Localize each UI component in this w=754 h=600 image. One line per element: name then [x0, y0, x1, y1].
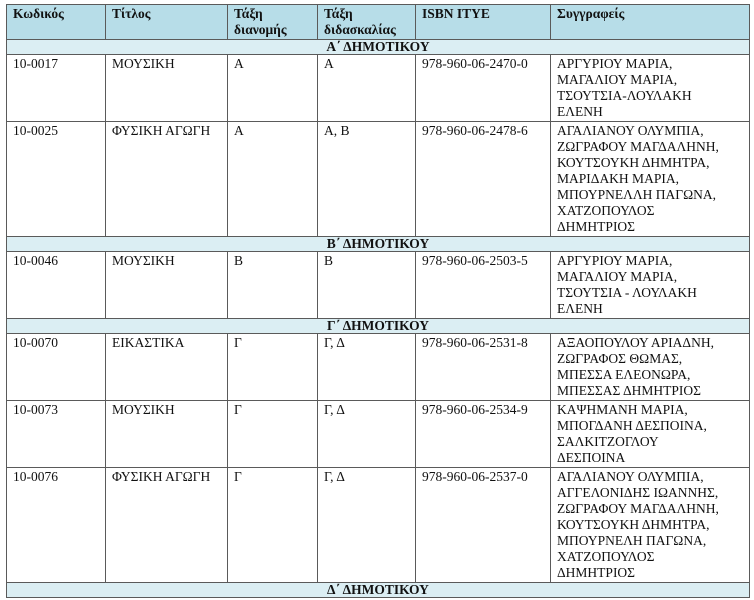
cell-dist-class: Α — [228, 55, 318, 122]
cell-teach-class: Γ, Δ — [318, 468, 416, 583]
author-name: ΜΑΡΙΔΑΚΗ ΜΑΡΙΑ, — [557, 171, 742, 187]
cell-title: ΕΙΚΑΣΤΙΚΑ — [106, 334, 228, 401]
textbooks-table: Κωδικός Τίτλος Τάξη διανομής Τάξη διδασκ… — [6, 4, 750, 598]
author-name: ΖΩΓΡΑΦΟΥ ΜΑΓΔΑΛΗΝΗ, — [557, 501, 742, 517]
cell-authors: ΑΡΓΥΡΙΟΥ ΜΑΡΙΑ,ΜΑΓΑΛΙΟΥ ΜΑΡΙΑ,ΤΣΟΥΤΣΙΑ-Λ… — [551, 55, 750, 122]
section-row: Β΄ ΔΗΜΟΤΙΚΟΥ — [7, 237, 750, 252]
author-name: ΤΣΟΥΤΣΙΑ - ΛΟΥΛΑΚΗ — [557, 285, 742, 301]
cell-title: ΜΟΥΣΙΚΗ — [106, 55, 228, 122]
author-name: ΖΩΓΡΑΦΟΥ ΜΑΓΔΑΛΗΝΗ, — [557, 139, 742, 155]
author-name: ΜΑΓΑΛΙΟΥ ΜΑΡΙΑ, — [557, 269, 742, 285]
cell-title: ΦΥΣΙΚΗ ΑΓΩΓΗ — [106, 468, 228, 583]
header-code: Κωδικός — [7, 5, 106, 40]
author-name: ΚΑΨΗΜΑΝΗ ΜΑΡΙΑ, — [557, 402, 742, 418]
cell-authors: ΚΑΨΗΜΑΝΗ ΜΑΡΙΑ,ΜΠΟΓΔΑΝΗ ΔΕΣΠΟΙΝΑ,ΣΑΛΚΙΤΖ… — [551, 401, 750, 468]
cell-code: 10-0046 — [7, 252, 106, 319]
cell-code: 10-0073 — [7, 401, 106, 468]
author-name: ΧΑΤΖΟΠΟΥΛΟΣ — [557, 203, 742, 219]
author-name: ΔΕΣΠΟΙΝΑ — [557, 450, 742, 466]
author-name: ΑΓΓΕΛΟΝΙΔΗΣ ΙΩΑΝΝΗΣ, — [557, 485, 742, 501]
section-row: Α΄ ΔΗΜΟΤΙΚΟΥ — [7, 40, 750, 55]
cell-title: ΜΟΥΣΙΚΗ — [106, 252, 228, 319]
table-row: 10-0076ΦΥΣΙΚΗ ΑΓΩΓΗΓΓ, Δ978-960-06-2537-… — [7, 468, 750, 583]
cell-dist-class: Γ — [228, 401, 318, 468]
cell-authors: ΑΓΑΛΙΑΝΟΥ ΟΛΥΜΠΙΑ,ΑΓΓΕΛΟΝΙΔΗΣ ΙΩΑΝΝΗΣ,ΖΩ… — [551, 468, 750, 583]
author-name: ΕΛΕΝΗ — [557, 301, 742, 317]
cell-dist-class: Α — [228, 122, 318, 237]
cell-authors: ΑΞΑΟΠΟΥΛΟΥ ΑΡΙΑΔΝΗ,ΖΩΓΡΑΦΟΣ ΘΩΜΑΣ,ΜΠΕΣΣΑ… — [551, 334, 750, 401]
cell-title: ΜΟΥΣΙΚΗ — [106, 401, 228, 468]
table-row: 10-0046ΜΟΥΣΙΚΗΒΒ978-960-06-2503-5ΑΡΓΥΡΙΟ… — [7, 252, 750, 319]
cell-teach-class: Α — [318, 55, 416, 122]
author-name: ΣΑΛΚΙΤΖΟΓΛΟΥ — [557, 434, 742, 450]
author-name: ΜΠΕΣΣΑ ΕΛΕΟΝΩΡΑ, — [557, 367, 742, 383]
header-dist-class: Τάξη διανομής — [228, 5, 318, 40]
author-name: ΑΓΑΛΙΑΝΟΥ ΟΛΥΜΠΙΑ, — [557, 123, 742, 139]
cell-isbn: 978-960-06-2537-0 — [416, 468, 551, 583]
author-name: ΕΛΕΝΗ — [557, 104, 742, 120]
table-row: 10-0025ΦΥΣΙΚΗ ΑΓΩΓΗΑΑ, Β978-960-06-2478-… — [7, 122, 750, 237]
cell-teach-class: Γ, Δ — [318, 401, 416, 468]
cell-isbn: 978-960-06-2534-9 — [416, 401, 551, 468]
cell-isbn: 978-960-06-2470-0 — [416, 55, 551, 122]
cell-teach-class: Β — [318, 252, 416, 319]
author-name: ΑΞΑΟΠΟΥΛΟΥ ΑΡΙΑΔΝΗ, — [557, 335, 742, 351]
section-row: Γ΄ ΔΗΜΟΤΙΚΟΥ — [7, 319, 750, 334]
author-name: ΧΑΤΖΟΠΟΥΛΟΣ — [557, 549, 742, 565]
header-title: Τίτλος — [106, 5, 228, 40]
header-teach-class: Τάξη διδασκαλίας — [318, 5, 416, 40]
cell-code: 10-0076 — [7, 468, 106, 583]
section-label: Δ΄ ΔΗΜΟΤΙΚΟΥ — [7, 583, 750, 598]
header-authors: Συγγραφείς — [551, 5, 750, 40]
section-label: Β΄ ΔΗΜΟΤΙΚΟΥ — [7, 237, 750, 252]
cell-code: 10-0025 — [7, 122, 106, 237]
author-name: ΔΗΜΗΤΡΙΟΣ — [557, 219, 742, 235]
author-name: ΚΟΥΤΣΟΥΚΗ ΔΗΜΗΤΡΑ, — [557, 155, 742, 171]
author-name: ΑΡΓΥΡΙΟΥ ΜΑΡΙΑ, — [557, 56, 742, 72]
author-name: ΜΠΟΥΡΝΕΛΛΗ ΠΑΓΩΝΑ, — [557, 187, 742, 203]
author-name: ΜΠΟΥΡΝΕΛΗ ΠΑΓΩΝΑ, — [557, 533, 742, 549]
cell-authors: ΑΓΑΛΙΑΝΟΥ ΟΛΥΜΠΙΑ,ΖΩΓΡΑΦΟΥ ΜΑΓΔΑΛΗΝΗ,ΚΟΥ… — [551, 122, 750, 237]
cell-isbn: 978-960-06-2478-6 — [416, 122, 551, 237]
author-name: ΜΠΕΣΣΑΣ ΔΗΜΗΤΡΙΟΣ — [557, 383, 742, 399]
cell-dist-class: Γ — [228, 468, 318, 583]
author-name: ΔΗΜΗΤΡΙΟΣ — [557, 565, 742, 581]
author-name: ΑΡΓΥΡΙΟΥ ΜΑΡΙΑ, — [557, 253, 742, 269]
author-name: ΖΩΓΡΑΦΟΣ ΘΩΜΑΣ, — [557, 351, 742, 367]
author-name: ΚΟΥΤΣΟΥΚΗ ΔΗΜΗΤΡΑ, — [557, 517, 742, 533]
cell-isbn: 978-960-06-2503-5 — [416, 252, 551, 319]
cell-isbn: 978-960-06-2531-8 — [416, 334, 551, 401]
cell-dist-class: Γ — [228, 334, 318, 401]
section-label: Γ΄ ΔΗΜΟΤΙΚΟΥ — [7, 319, 750, 334]
cell-teach-class: Γ, Δ — [318, 334, 416, 401]
section-label: Α΄ ΔΗΜΟΤΙΚΟΥ — [7, 40, 750, 55]
author-name: ΤΣΟΥΤΣΙΑ-ΛΟΥΛΑΚΗ — [557, 88, 742, 104]
author-name: ΜΑΓΑΛΙΟΥ ΜΑΡΙΑ, — [557, 72, 742, 88]
table-row: 10-0017ΜΟΥΣΙΚΗΑΑ978-960-06-2470-0ΑΡΓΥΡΙΟ… — [7, 55, 750, 122]
table-row: 10-0073ΜΟΥΣΙΚΗΓΓ, Δ978-960-06-2534-9ΚΑΨΗ… — [7, 401, 750, 468]
table-row: 10-0070ΕΙΚΑΣΤΙΚΑΓΓ, Δ978-960-06-2531-8ΑΞ… — [7, 334, 750, 401]
table-body: Α΄ ΔΗΜΟΤΙΚΟΥ10-0017ΜΟΥΣΙΚΗΑΑ978-960-06-2… — [7, 40, 750, 598]
cell-code: 10-0017 — [7, 55, 106, 122]
cell-code: 10-0070 — [7, 334, 106, 401]
author-name: ΜΠΟΓΔΑΝΗ ΔΕΣΠΟΙΝΑ, — [557, 418, 742, 434]
cell-dist-class: Β — [228, 252, 318, 319]
section-row: Δ΄ ΔΗΜΟΤΙΚΟΥ — [7, 583, 750, 598]
cell-authors: ΑΡΓΥΡΙΟΥ ΜΑΡΙΑ,ΜΑΓΑΛΙΟΥ ΜΑΡΙΑ,ΤΣΟΥΤΣΙΑ -… — [551, 252, 750, 319]
cell-title: ΦΥΣΙΚΗ ΑΓΩΓΗ — [106, 122, 228, 237]
cell-teach-class: Α, Β — [318, 122, 416, 237]
header-isbn: ISBN ΙΤΥΕ — [416, 5, 551, 40]
author-name: ΑΓΑΛΙΑΝΟΥ ΟΛΥΜΠΙΑ, — [557, 469, 742, 485]
header-row: Κωδικός Τίτλος Τάξη διανομής Τάξη διδασκ… — [7, 5, 750, 40]
